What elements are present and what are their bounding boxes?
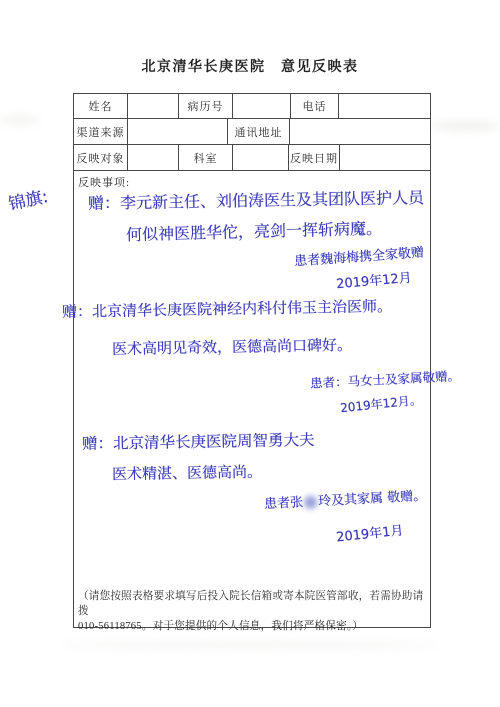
signature-prefix: 患者张: [264, 495, 304, 512]
footer-line1: （请您按照表格要求填写后投入院长信箱或寄本院医管部收，若需协助请拨: [78, 589, 427, 619]
department-label-cell: 科室: [179, 145, 233, 170]
record-number-label-cell: 病历号: [179, 94, 233, 118]
handwritten-entry2-signature: 患者：马女士及家属敬赠。: [310, 366, 461, 392]
feedback-form-table: 姓名 病历号 电话 渠道来源 通讯地址 反映对象 科室 反映日期 反映事项: 赠…: [73, 93, 431, 628]
handwritten-entry2-line1: 赠：北京清华长庚医院神经内科付伟玉主治医师。: [62, 295, 392, 322]
matters-label: 反映事项:: [78, 174, 130, 190]
table-row-2: 渠道来源 通讯地址: [74, 119, 430, 145]
handwritten-entry3-line1: 赠：北京清华长庚医院周智勇大夫: [82, 428, 315, 454]
handwritten-entry1-signature: 患者魏海梅携全家敬赠: [293, 241, 424, 269]
footer-instructions: （请您按照表格要求填写后投入院长信箱或寄本院医管部收，若需协助请拨 010-56…: [78, 589, 427, 634]
feedback-date-value-cell: [340, 145, 430, 170]
margin-annotation-jinqi: 锦旗:: [6, 182, 50, 215]
name-label-cell: 姓名: [74, 94, 128, 118]
handwritten-entry2-date: 2019年12月。: [339, 391, 422, 416]
table-row-1: 姓名 病历号 电话: [74, 94, 430, 119]
matters-cell: 反映事项: 赠：李元新主任、刘伯涛医生及其团队医护人员 何似神医胜华佗，亮剑一挥…: [74, 171, 430, 627]
table-row-3: 反映对象 科室 反映日期: [74, 145, 430, 171]
phone-label-cell: 电话: [291, 94, 339, 118]
redacted-name-blur: [304, 495, 318, 509]
handwritten-entry3-signature: 患者张玲及其家属 敬赠。: [264, 485, 427, 512]
scan-artifact: [60, 640, 440, 650]
handwritten-entry1-date: 2019年12月: [335, 267, 412, 293]
handwritten-entry3-line2: 医术精湛、医德高尚。: [112, 461, 262, 485]
name-value-cell: [128, 94, 179, 118]
handwritten-entry1-line2: 何似神医胜华佗，亮剑一挥斩病魔。: [126, 216, 383, 246]
record-number-value-cell: [233, 94, 291, 118]
feedback-date-label-cell: 反映日期: [289, 145, 340, 170]
subject-value-cell: [128, 145, 179, 170]
footer-line2: 010-56118765。对于您提供的个人信息，我们将严格保密。）: [78, 619, 427, 634]
scanned-form-page: 锦旗: 北京清华长庚医院 意见反映表 姓名 病历号 电话 渠道来源 通讯地址 反…: [0, 0, 500, 707]
scan-artifact: [430, 120, 500, 132]
form-title: 北京清华长庚医院 意见反映表: [0, 56, 500, 76]
department-value-cell: [233, 145, 289, 170]
handwritten-entry1-line1: 赠：李元新主任、刘伯涛医生及其团队医护人员: [88, 185, 424, 214]
address-label-cell: 通讯地址: [228, 119, 290, 144]
signature-suffix: 玲及其家属 敬赠。: [318, 489, 427, 510]
scan-artifact: [0, 115, 40, 125]
handwritten-entry2-line2: 医术高明见奇效，医德高尚口碑好。: [112, 334, 352, 359]
handwritten-entry3-date: 2019年1月: [335, 520, 404, 546]
source-label-cell: 渠道来源: [74, 119, 128, 144]
source-value-cell: [128, 119, 228, 144]
subject-label-cell: 反映对象: [74, 145, 128, 170]
phone-value-cell: [339, 94, 430, 118]
address-value-cell: [290, 119, 430, 144]
